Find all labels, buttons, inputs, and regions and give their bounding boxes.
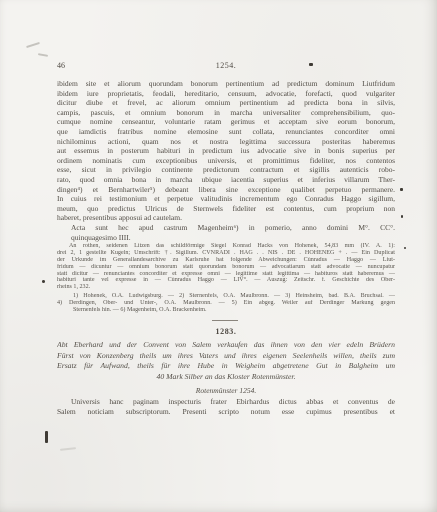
text-line: Fürst von Konzenberg theils um ihres Vat… [57, 351, 395, 362]
text-line: ordinem nominatis cum exceptionibus univ… [57, 156, 395, 166]
scan-mark-left-margin [45, 431, 48, 443]
charter-1282-seal-annotation: An rothen, seidenen Litzen das schildför… [57, 243, 395, 291]
scan-speck [404, 247, 406, 249]
scan-speck [400, 188, 403, 191]
page-header: 46 1254. [57, 61, 395, 73]
text-line: dingen⁴) et Bernhartwiler⁵) debeant libe… [57, 185, 395, 195]
text-line: cumque nomine censeantur, voluntarie rat… [57, 117, 395, 127]
text-line: aut essemus in posterum habituri in pred… [57, 146, 395, 156]
text-line: meum, quo predictus Ulricus de Sternwels… [57, 204, 395, 214]
text-line: An rothen, seidenen Litzen das schildför… [57, 243, 395, 250]
text-line: ibidem site et aliorum quorundam bonorum… [57, 79, 395, 89]
charter-1283-dateline: Rotenmünster 1254. [57, 386, 395, 395]
text-line: Sternenfels hin. — 6) Magenheim, O.A. Br… [57, 307, 395, 314]
text-line: Salem noticiam subscriptorum. Presenti s… [57, 407, 395, 417]
charter-1283-regest: Abt Eberhard und der Convent von Salem v… [57, 340, 395, 382]
text-line: 1) Hohenek, O.A. Ludwigsburg. — 2) Stern… [57, 293, 395, 300]
text-line: haberet, presentibus apposui ad cautelam… [57, 213, 395, 223]
text-line: Universis hanc paginam inspecturis frate… [57, 397, 395, 407]
running-head-year: 1254. [57, 61, 395, 70]
text-line: Acta sunt hec apud castrum Magenheim⁶) i… [57, 223, 395, 233]
text-line: Ersatz für Aufwand, theils für ihre Hube… [57, 361, 395, 372]
scanned-page: 46 1254. ibidem site et aliorum quorunda… [0, 0, 437, 512]
text-line: nichilominus actioni, quam nos et nostra… [57, 137, 395, 147]
text-line: statt dicitur — renunciantes concorditer… [57, 271, 395, 278]
text-line: der Urkunde im Generallandesarchive zu K… [57, 257, 395, 264]
text-line: fridum — dicuntur — omnium bonorum statt… [57, 264, 395, 271]
scan-speck [401, 215, 403, 218]
scan-speck [309, 63, 313, 66]
text-line: rheins 1, 232. [57, 284, 395, 291]
text-line: 4) Derdingen, Ober- und Unter-, O.A. Mau… [57, 300, 395, 307]
text-line: que iamdictis fratribus nomine elemosine… [57, 127, 395, 137]
charter-1282-footnotes: 1) Hohenek, O.A. Ludwigsburg. — 2) Stern… [57, 293, 395, 314]
text-line: esse, sicut in privilegio continente pre… [57, 165, 395, 175]
text-line: habituri tante vel expresse in — Cůnradu… [57, 277, 395, 284]
text-line: ibidem iure proprietatis, feodali, hered… [57, 89, 395, 99]
text-line: quinquagesimo IIII. [57, 233, 395, 243]
text-line: In cuius rei testimonium et perpetue val… [57, 194, 395, 204]
text-line: drei 2, 1 gestellte Kugeln; Umschrift: †… [57, 250, 395, 257]
text-line: Abt Eberhard und der Convent von Salem v… [57, 340, 395, 351]
text-line: campis, pascuis, et omnium bonorum in ma… [57, 108, 395, 118]
charter-1282-acta: Acta sunt hec apud castrum Magenheim⁶) i… [57, 223, 395, 242]
text-line: 40 Mark Silber an das Kloster Rotenmünst… [57, 372, 395, 383]
pencil-mark [60, 447, 76, 451]
charter-1282-body: ibidem site et aliorum quorundam bonorum… [57, 79, 395, 223]
text-line: dicitur diube et frevel, ac aliorum omni… [57, 98, 395, 108]
scan-speck [42, 280, 45, 283]
pencil-mark [26, 42, 40, 48]
charter-1283-number: 1283. [57, 327, 395, 336]
section-divider-rule [212, 320, 238, 321]
charter-1283-body: Universis hanc paginam inspecturis frate… [57, 397, 395, 416]
pencil-mark [38, 53, 48, 57]
text-line: rato, quod omnia bona in marcha ubique i… [57, 175, 395, 185]
